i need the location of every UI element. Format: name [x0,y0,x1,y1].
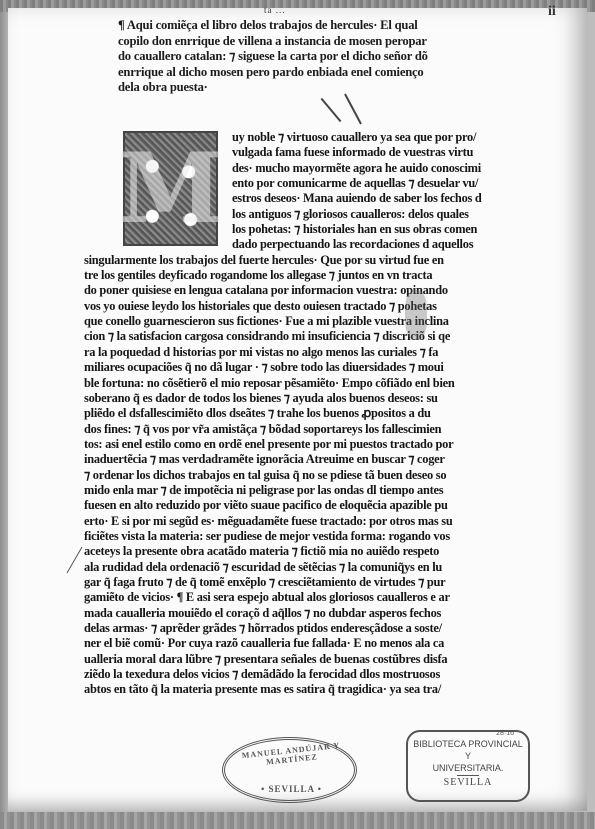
text-line: aceteys la presente obra acatãdo materia… [84,544,554,559]
scan-bottom-edge [0,812,595,829]
library-stamp-city: SEVILLA [408,777,528,789]
folio-number: ii [548,4,556,20]
text-line: delas armas· ⁊ aprẽder grãdes ⁊ hõrrados… [84,621,554,636]
owner-oval-stamp: MANUEL ANDÚJAR Y MARTÍNEZ • SEVILLA • [222,737,357,803]
text-line: tos: asi enel estilo como en ordẽ enel p… [84,437,554,452]
text-line: gar q̃ faga fruto ⁊ de q̃ tomẽ enxẽplo ⁊… [84,575,554,590]
text-line: erto· E si por mi segũd es· mẽguadamẽte … [84,514,554,529]
text-line: cion ⁊ la satisfacion cargosa considrand… [84,329,554,344]
oval-stamp-name: MANUEL ANDÚJAR Y MARTÍNEZ [238,741,344,770]
text-line: miliares ocupaciões q̃ no dã lugar · ⁊ s… [84,360,554,375]
signature-mark: ta ... [264,5,286,15]
oval-stamp-city: • SEVILLA • [239,784,344,794]
text-line: ner el biẽ comũ· Por cuya razõ caualleri… [84,636,554,651]
text-line: dos fines: ⁊ q̃ vos por vr̃a amistãça ⁊ … [84,422,554,437]
ink-smudge [405,290,427,340]
text-line: do poner quisiese en lengua catalana por… [84,283,554,298]
text-line: que conello guarnescieron sus fictiones·… [84,314,554,329]
text-line: estros deseos· Mana auiendo de saber los… [84,191,554,206]
text-line: soberano q̃ es dador de todos los bienes… [84,391,554,406]
heading-line: ¶ Aqui comiẽça el libro delos trabajos d… [118,18,538,34]
text-line: ento por comunicarme de aquellas ⁊ desue… [84,176,554,191]
text-line: ⁊ ordenar los dichos trabajos en tal gui… [84,468,554,483]
text-line: los antiguos ⁊ gloriosos caualleros: del… [84,207,554,222]
text-line: ra la poquedad d historias por mi vistas… [84,345,554,360]
library-stamp: 28·16 BIBLIOTECA PROVINCIAL Y UNIVERSITA… [406,730,530,802]
text-line: ziẽdo la texedura delos vicios ⁊ demãdãd… [84,667,554,682]
heading-line: dela obra puesta· [118,80,538,96]
library-stamp-line: UNIVERSITARIA. [408,762,528,774]
text-line: ualleria moral dara lũbre ⁊ presentara s… [84,652,554,667]
heading-line: do cauallero catalan: ⁊ siguese la carta… [118,49,538,65]
text-line: tre los gentiles deyficado rogandome los… [84,268,554,283]
text-line: des· mucho mayormẽte agora he auido cono… [84,161,554,176]
stamp-divider [457,775,479,776]
text-line: abtos en tãto q̃ la materia presente mas… [84,682,554,697]
text-line: ala rudidad dela ordenaciõ ⁊ escuridad d… [84,560,554,575]
text-line: vulgada fama fuese informado de vuestras… [84,145,554,160]
shelfmark: 28·16 [496,728,514,740]
text-line: mido enla mar ⁊ de impotẽcia ni peligras… [84,483,554,498]
text-line: vos yo ouiese leydo los historiales que … [84,299,554,314]
text-line: inaduertẽcia ⁊ mas verdadramẽte ignorãci… [84,452,554,467]
heading-line: copilo don enrrique de villena a instanc… [118,34,538,50]
heading-line: enrrique al dicho mosen pero pardo enbia… [118,65,538,81]
incipit-heading: ¶ Aqui comiẽça el libro delos trabajos d… [118,18,538,96]
text-line: los pohetas: ⁊ historiales han en sus ob… [84,222,554,237]
library-stamp-line: Y [408,750,528,762]
text-line: pliẽdo el dsfallescimiẽto dlos dseãtes ⁊… [84,406,554,421]
text-line: ble fortuna: no cõsẽtierõ el mio reposar… [84,376,554,391]
text-line: gamiẽto de vicios· ¶ E asi sera espejo a… [84,590,554,605]
text-line: mada caualleria mouiẽdo el coraçõ d aq̃l… [84,606,554,621]
text-line: dado perpectuando las recordaciones d aq… [84,237,554,252]
text-line: singularmente los trabajos del fuerte he… [84,253,554,268]
text-line: fuesen en alto reduzido por viẽto suaue … [84,498,554,513]
text-line: uy noble ⁊ virtuoso cauallero ya sea que… [84,130,554,145]
text-line: ficiẽtes vista la materia: ser pudiese d… [84,529,554,544]
body-text-column: uy noble ⁊ virtuoso cauallero ya sea que… [84,130,554,698]
